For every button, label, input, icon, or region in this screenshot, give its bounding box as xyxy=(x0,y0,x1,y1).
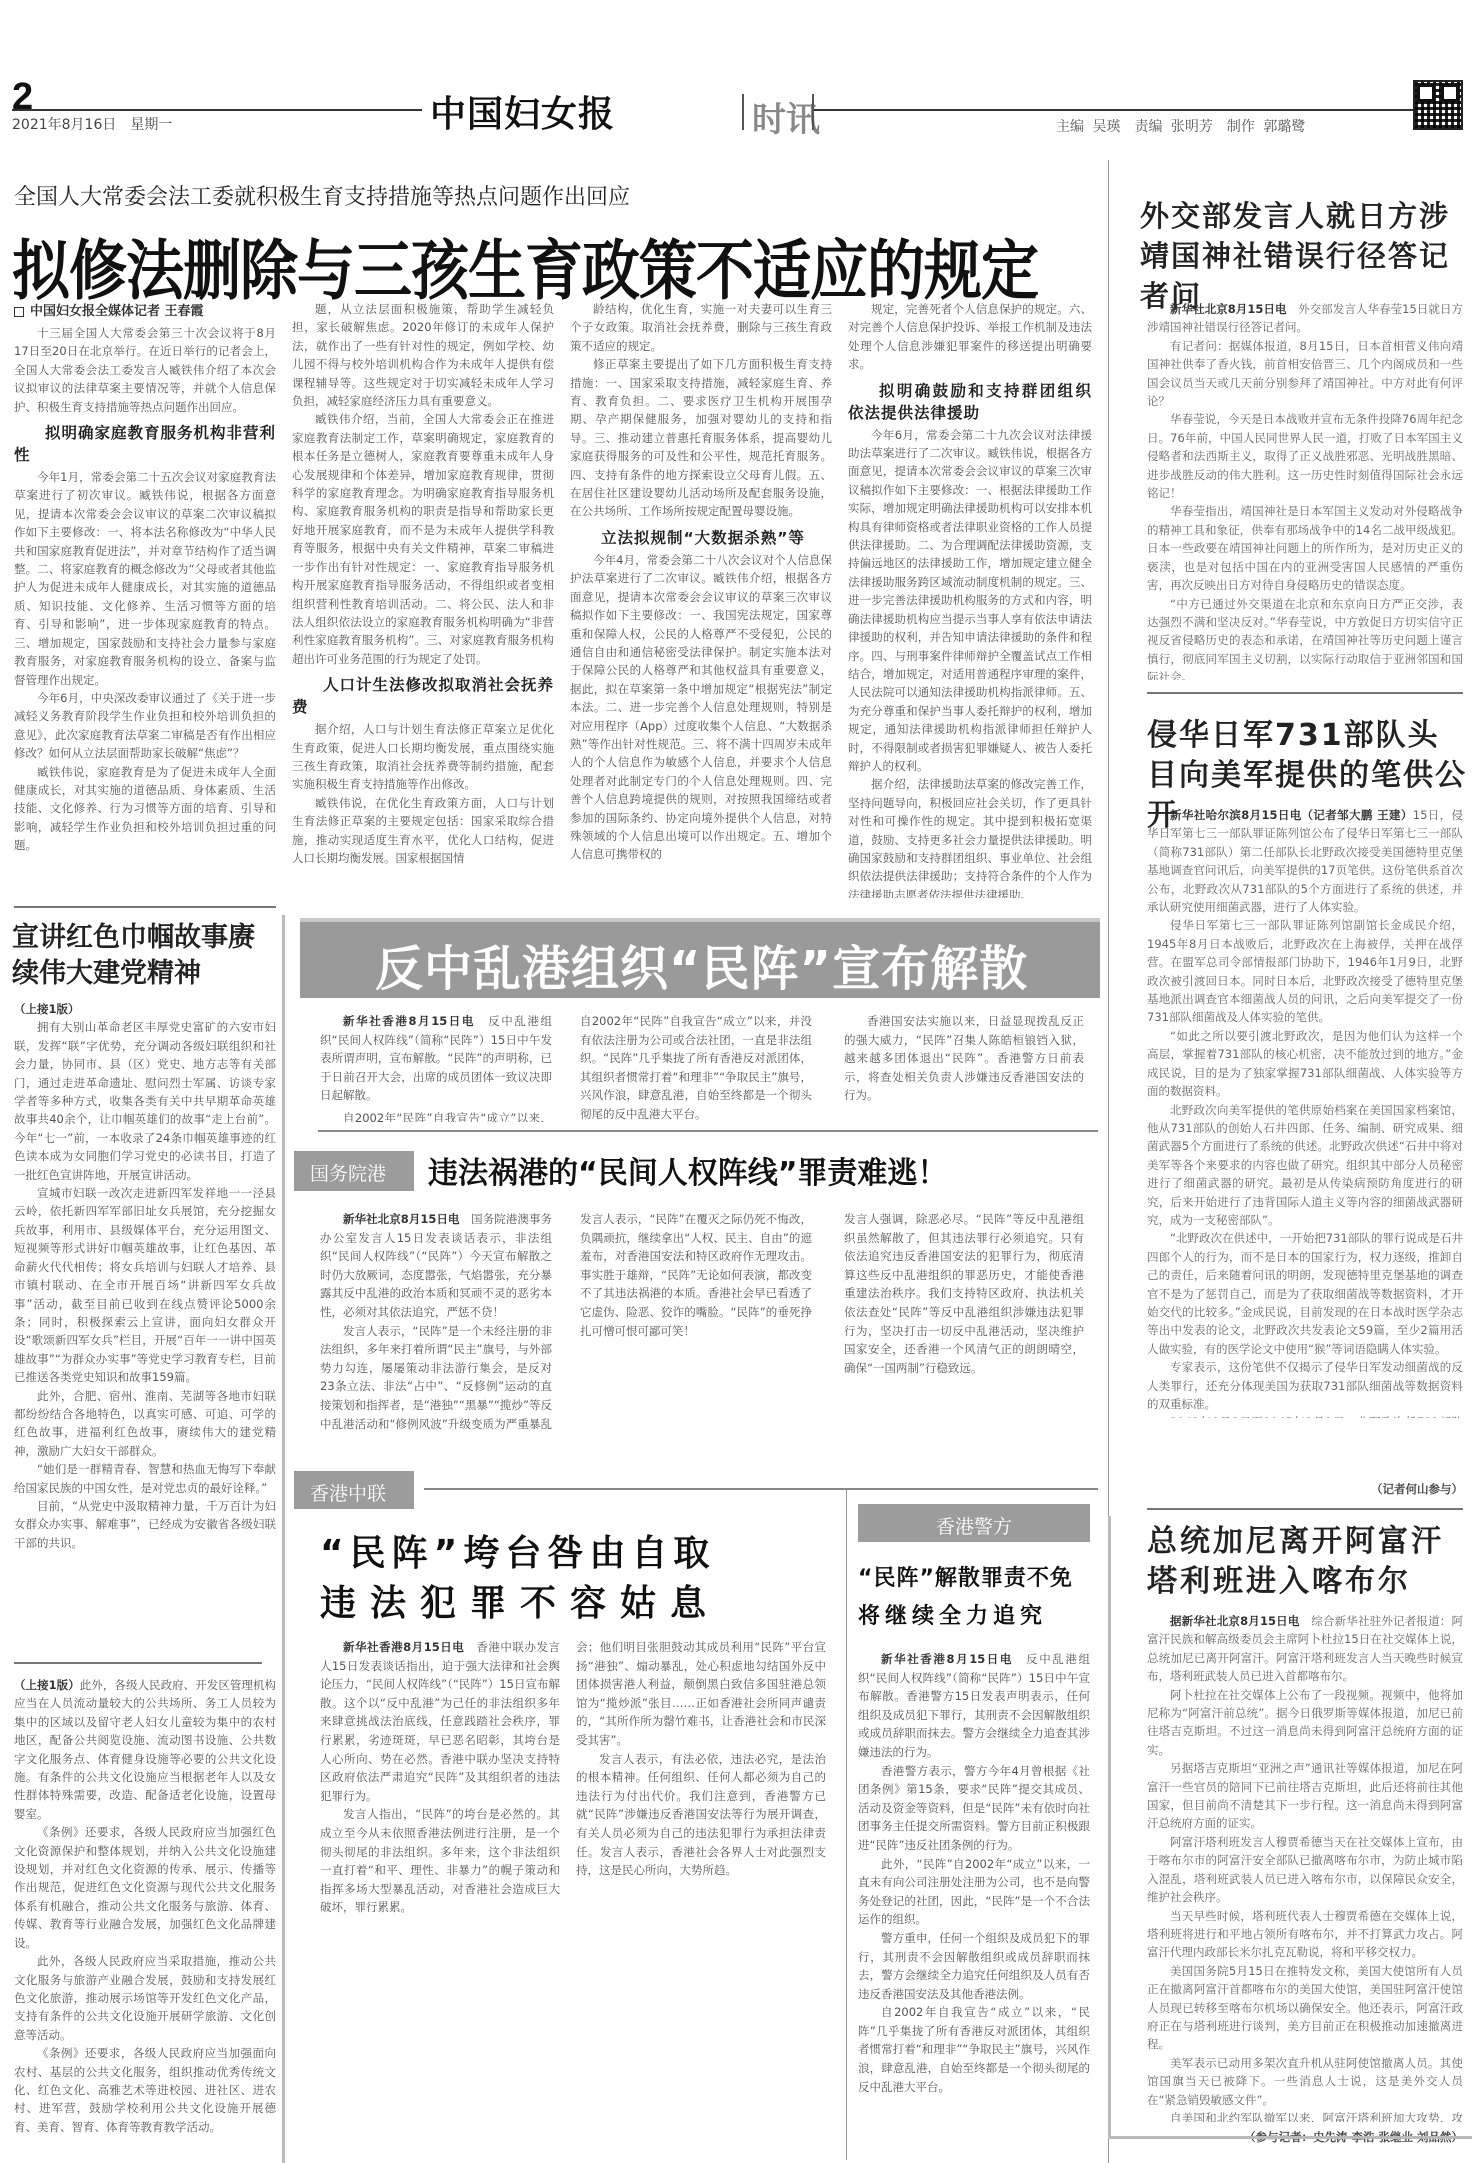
byline-text: 中国妇女报全媒体记者 王春霞 xyxy=(30,304,204,319)
continued-label: （上接1版） xyxy=(14,1000,276,1018)
hk-banner: 反中乱港组织“民阵”宣布解散 xyxy=(300,918,1100,998)
section-rule xyxy=(318,1130,1098,1132)
paragraph: “如此之所以要引渡北野政次，是因为他们认为这样一个高层，掌握着731部队的核心机… xyxy=(1147,1027,1463,1101)
issue-date: 2021年8月16日 星期一 xyxy=(12,114,172,134)
paragraph: 自2002年自我宣告“成立”以来，“民阵”几乎集拢了所有香港反对派团体，其组织者… xyxy=(858,2003,1090,2096)
paragraph: 国务院港澳事务办公室发言人15日发表谈话表示，非法组织“民间人权阵线”（“民阵”… xyxy=(320,1212,552,1319)
dateline: 新华社香港8月15日电 xyxy=(881,1652,1013,1666)
paragraph: 发言人强调，除恶必尽。“民阵”等反中乱港组织虽然解散了，但其违法罪行必须追究。只… xyxy=(844,1210,1084,1377)
police-article: 新华社香港8月15日电 反中乱港组织“民间人权阵线”（简称“民阵”）15日中午宣… xyxy=(858,1650,1090,2160)
page-number: 2 xyxy=(12,76,33,119)
signature: （记者何山参与） xyxy=(1147,1480,1463,1500)
paragraph: 会；他们明目张胆鼓动其成员利用“民阵”平台宣扬“港独”、煽动暴乱，处心积虑地勾结… xyxy=(576,1638,826,1750)
box-border xyxy=(1108,2136,1472,2139)
editor-credits: 主编 吴瑛 责编 张明芳 制作 郭璐鹭 xyxy=(1056,116,1305,136)
paragraph: 警方重申，任何一个组织及成员犯下的罪行，其刑责不会因解散组织或成员辞职而抹去，警… xyxy=(858,1929,1090,2003)
paragraph: 臧铁伟说，家庭教育是为了促进未成年人全面健康成长，对其实施的道德品质、身体素质、… xyxy=(14,763,276,855)
paragraph: 今年4月，常委会第二十八次会议对个人信息保护法草案进行了二次审议。臧铁伟介绍，根… xyxy=(570,551,832,864)
lo-headline-line-1: “民阵”垮台咎由自取 xyxy=(320,1530,840,1578)
paragraph: 宣城市妇联一改次走进新四军发祥地一一泾县云岭，依托新四军军部旧址女兵展馆，充分挖… xyxy=(14,1184,276,1386)
paragraph: 华春莹说，今天是日本战败并宣布无条件投降76周年纪念日。76年前，中国人民同世界… xyxy=(1147,410,1463,502)
paragraph: 此外，各级人民政府应当采取措施，推动公共文化服务与旅游产业融合发展，鼓励和支持发… xyxy=(14,1952,276,2044)
paragraph: 臧铁伟说，在优化生育政策方面，人口与计划生育法修正草案的主要规定包括：国家采取综… xyxy=(292,794,554,868)
paragraph: 发言人指出，“民阵”的垮台是必然的。其成立至今从未依照香港法例进行注册，是一个彻… xyxy=(320,1805,560,1917)
masthead-rule xyxy=(814,109,1416,111)
paragraph: 反中乱港组织“民间人权阵线”（简称“民阵”）15日中午宣布解散。香港警方15日发… xyxy=(858,1652,1090,1759)
hkmo-col-1: 新华社北京8月15日电 国务院港澳事务办公室发言人15日发表谈话表示，非法组织“… xyxy=(320,1210,552,1432)
paragraph: 北野政次向美军提供的笔供原始档案在美国国家档案馆，他从731部队的创始人石井四郎… xyxy=(1147,1101,1463,1230)
hk-intro-col-1: 新华社香港8月15日电 反中乱港组织“民间人权阵线”（简称“民阵”）15日中午发… xyxy=(320,1012,552,1122)
paragraph: 臧铁伟介绍，当前，全国人大常委会正在推进家庭教育法制定工作，草案明确规定，家庭教… xyxy=(292,410,554,668)
left-bottom-article-2: （上接1版）此外，各级人民政府、开发区管理机构应当在人员流动量较大的公共场所、务… xyxy=(14,1676,276,2156)
subheading: 拟明确鼓励和支持群团组织依法提供法律援助 xyxy=(848,380,1092,424)
box-border xyxy=(1108,1516,1111,2136)
lo-headline-line-2: 违法犯罪不容姑息 xyxy=(320,1580,840,1628)
paragraph: 发言人表示，“民阵”在覆灭之际仍死不悔改，负隅顽抗，继续拿出“人权、民主、自由”… xyxy=(580,1210,812,1340)
lead-byline: 中国妇女报全媒体记者 王春霞 xyxy=(14,300,204,319)
lead-column-1: 十三届全国人大常委会第三十次会议将于8月17日至20日在北京举行。在近日举行的记… xyxy=(14,324,276,898)
paragraph: 香港中联办发言人15日发表谈话指出，迫于强大法律和社会舆论压力，“民间人权阵线”… xyxy=(320,1640,560,1803)
article-divider xyxy=(1147,692,1463,694)
left-bottom-article: （上接1版） 拥有大别山革命老区丰厚党史富矿的六安市妇联，发挥“联”字优势，充分… xyxy=(14,1000,276,1650)
paragraph: 自2002年“民阵”自我宣告“成立”以来，并没有依法注册为公司或合法社团，一直是… xyxy=(320,1109,552,1122)
dateline: 新华社香港8月15日电 xyxy=(343,1014,475,1028)
paragraph: 此外，合肥、宿州、淮南、芜湖等各地市妇联都纷纷结合各地特色，以真实可感、可追、可… xyxy=(14,1387,276,1461)
dateline: 新华社北京8月15日电 xyxy=(1170,302,1287,316)
paragraph: 美军表示已动用多架次直升机从驻阿使馆撤离人员。其使馆国旗当天已被降下。一些消息人… xyxy=(1147,2054,1463,2109)
right-top-headline: 外交部发言人就日方涉靖国神社错误行径答记者问 xyxy=(1140,196,1462,316)
paragraph: 《条例》还要求，各级人民政府应当加强面向农村、基层的公共文化服务，组织推动优秀传… xyxy=(14,2044,276,2136)
paragraph: 专家表示，这份笔供不仅揭示了侵华日军发动细菌战的反人类罪行，还充分体现美国为获取… xyxy=(1147,1358,1463,1413)
paragraph: 自美国和北约军队撤军以来，阿富汗塔利班加大攻势，攻占多个省市。按照塔利班方面的说… xyxy=(1147,2109,1463,2122)
masthead-rule xyxy=(12,109,422,111)
dateline: 据新华社北京8月15日电 xyxy=(1170,1614,1300,1628)
paragraph: 拥有大别山革命老区丰厚党史富矿的六安市妇联，发挥“联”字优势，充分调动各级妇联组… xyxy=(14,1018,276,1184)
section-divider xyxy=(812,94,814,130)
paragraph: 据介绍，法律援助法草案的修改完善工作，坚持问题导向，积极回应社会关切，作了更具针… xyxy=(848,775,1092,898)
paragraph: 目前，“从党史中汲取精神力量，千万百计为妇女群众办实事、解难事”，已经成为安徽省… xyxy=(14,1497,276,1552)
hk-intro-col-3: 香港国安法实施以来，日益显现拨乱反正的强大威力，“民阵”召集人陈皓桓锒铛入狱，越… xyxy=(844,1012,1084,1122)
right-mid-article: 新华社哈尔滨8月15日电（记者邹大鹏 王建）15日，侵华日军第七三一部队罪证陈列… xyxy=(1147,806,1463,1418)
hkmo-col-2: 发言人表示，“民阵”在覆灭之际仍死不悔改，负隅顽抗，继续拿出“人权、民主、自由”… xyxy=(580,1210,812,1432)
qr-code-icon[interactable] xyxy=(1413,80,1463,130)
section-divider xyxy=(742,94,744,130)
paragraph: 据介绍，人口与计划生育法修正草案立足优化生育政策，促进人口长期均衡发展，重点围绕… xyxy=(292,720,554,794)
tag-liaison-office: 香港中联办 xyxy=(294,1471,414,1509)
paragraph: 此外，各级人民政府、开发区管理机构应当在人员流动量较大的公共场所、务工人员较为集… xyxy=(14,1678,276,1821)
paragraph: 另据塔吉克斯坦“亚洲之声”通讯社等媒体报道，加尼在阿富汗一些官员的陪同下已前往塔… xyxy=(1147,1759,1463,1833)
article-divider xyxy=(1147,1508,1463,1510)
paragraph: 阿卜杜拉在社交媒体上公布了一段视频。视频中，他将加尼称为“阿富汗前总统”。据今日… xyxy=(1147,1686,1463,1760)
paragraph: 发言人表示，“民阵”是一个未经注册的非法组织，多年来打着所谓“民主”旗号，与外部… xyxy=(320,1322,552,1432)
article-divider xyxy=(14,906,276,908)
hkmo-headline: 违法祸港的“民间人权阵线”罪责难逃！ xyxy=(428,1148,947,1192)
paragraph: 今年1月，常委会第二十五次会议对家庭教育法草案进行了初次审议。臧铁伟说，根据各方… xyxy=(14,468,276,689)
police-headline-line-2: 将继续全力追究 xyxy=(858,1600,1090,1634)
paragraph: 阿富汗塔利班发言人穆贾希德当天在社交媒体上宣布，由于喀布尔市的阿富汗安全部队已撤… xyxy=(1147,1833,1463,1907)
continued-label: （上接1版） xyxy=(14,1678,80,1692)
dateline: 新华社哈尔滨8月15日电（记者邹大鹏 王建） xyxy=(1170,808,1413,822)
paragraph: 龄结构，优化生育，实施一对夫妻可以生育三个子女政策。取消社会抚养费，删除与三孩生… xyxy=(570,300,832,355)
dateline: 新华社香港8月15日电 xyxy=(343,1640,464,1654)
section-title: 时讯 xyxy=(752,92,820,141)
newspaper-logo: 中国妇女报 xyxy=(430,86,615,137)
paragraph: 侵华日军第七三一部队罪证陈列馆副馆长金成民介绍，1945年8月日本战败后，北野政… xyxy=(1147,916,1463,1026)
right-bottom-headline: 总统加尼离开阿富汗塔利班进入喀布尔 xyxy=(1147,1522,1467,1602)
paragraph: “北野政次在供述中，一开始把731部队的罪行说成是石井四郎个人的行为，而不是日本… xyxy=(1147,1229,1463,1358)
hk-banner-title: 反中乱港组织“民阵”宣布解散 xyxy=(375,930,1028,999)
paragraph: 华春莹指出，靖国神社是日本军国主义发动对外侵略战争的精神工具和象征，供奉有那场战… xyxy=(1147,502,1463,594)
subheading: 人口计生法修改拟取消社会抚养费 xyxy=(292,674,554,718)
lead-kicker: 全国人大常委会法工委就积极生育支持措施等热点问题作出回应 xyxy=(14,180,630,211)
hkmo-col-3: 发言人强调，除恶必尽。“民阵”等反中乱港组织虽然解散了，但其违法罪行必须追究。只… xyxy=(844,1210,1084,1432)
subheading: 拟明确家庭教育服务机构非营利性 xyxy=(14,422,276,466)
paragraph: 美国国务院5月15日在推特发文称，美国大使馆所有人员正在撤离阿富汗首都喀布尔的美… xyxy=(1147,1962,1463,2054)
paragraph: 此外，“民阵”自2002年“成立”以来，一直未有向公司注册处注册为公司，也不是向… xyxy=(858,1855,1090,1929)
paragraph: 题，从立法层面积极施策，帮助学生减轻负担，家长破解焦虑。2020年修订的未成年人… xyxy=(292,300,554,410)
paragraph: 自2002年“民阵”自我宣告“成立”以来，并没有依法注册为公司或合法社团，一直是… xyxy=(580,1012,812,1122)
paragraph: 15日，侵华日军第七三一部队罪证陈列馆公布了侵华日军第七三一部队（简称731部队… xyxy=(1147,808,1463,914)
lead-headline: 拟修法删除与三孩生育政策不适应的规定 xyxy=(12,218,1038,312)
article-divider xyxy=(14,1662,262,1664)
paragraph: 发言人表示，有法必依，违法必究，是法治的根本精神。任何组织、任何人都必须为自己的… xyxy=(576,1750,826,1880)
paragraph: 香港国安法实施以来，日益显现拨乱反正的强大威力，“民阵”召集人陈皓桓锒铛入狱，越… xyxy=(844,1012,1084,1105)
right-top-article: 新华社北京8月15日电 外交部发言人华春莹15日就日方涉靖国神社错误行径答记者问… xyxy=(1147,300,1463,680)
subheading: 立法拟规制“大数据杀熟”等 xyxy=(570,527,832,549)
paragraph: 香港警方表示，警方今年4月曾根据《社团条例》第15条，要求“民阵”提交其成员、活… xyxy=(858,1762,1090,1855)
police-headline-line-1: “民阵”解散罪责不免 xyxy=(858,1562,1090,1596)
dateline: 新华社北京8月15日电 xyxy=(343,1212,460,1226)
paragraph: “中方已通过外交渠道在北京和东京向日方严正交涉，表达强烈不满和坚决反对。”华春莹… xyxy=(1147,595,1463,681)
paragraph: 《条例》还要求，各级人民政府应当加强红色文化资源保护和整体规划，并纳入公共文化设… xyxy=(14,1823,276,1952)
paragraph: 今年6月，常委会第二十九次会议对法律援助法草案进行了二次审议。臧铁伟说，根据各方… xyxy=(848,426,1092,776)
paragraph: 有记者问：据媒体报道，8月15日，日本首相菅义伟向靖国神社供奉了香火钱，前首相安… xyxy=(1147,337,1463,411)
lead-column-2: 题，从立法层面积极施策，帮助学生减轻负担，家长破解焦虑。2020年修订的未成年人… xyxy=(292,300,554,898)
section-rule xyxy=(424,1488,1098,1490)
right-bottom-article: 据新华社北京8月15日电 综合新华社驻外记者报道：阿富汗民族和解高级委员会主席阿… xyxy=(1147,1612,1463,2122)
paragraph: “她们是一群精青春、智慧和热血无悔写下奉献给国家民族的中国女性，是对党忠贞的最好… xyxy=(14,1460,276,1497)
lead-column-3: 龄结构，优化生育，实施一对夫妻可以生育三个子女政策。取消社会抚养费，删除与三孩生… xyxy=(570,300,832,898)
paragraph: 规定，完善死者个人信息保护的规定。六、对完善个人信息保护投诉、举报工作机制及违法… xyxy=(848,300,1092,374)
lo-col-2: 会；他们明目张胆鼓动其成员利用“民阵”平台宣扬“港独”、煽动暴乱，处心积虑地勾结… xyxy=(576,1638,826,2158)
paragraph: 1942年8月3日至1945年3月1日，北野政次任731部队第二任部队长，这正是… xyxy=(1147,1413,1463,1418)
square-bullet-icon xyxy=(14,307,24,317)
lead-column-4: 规定，完善死者个人信息保护的规定。六、对完善个人信息保护投诉、举报工作机制及违法… xyxy=(848,300,1092,898)
paragraph: 今年6月，中央深改委审议通过了《关于进一步减轻义务教育阶段学生作业负担和校外培训… xyxy=(14,689,276,763)
tag-hk-police: 香港警方 xyxy=(858,1504,1090,1542)
left-bottom-headline: 宣讲红色巾帼故事赓续伟大建党精神 xyxy=(12,920,278,992)
paragraph: 十三届全国人大常委会第三十次会议将于8月17日至20日在北京举行。在近日举行的记… xyxy=(14,324,276,416)
paragraph: 当天早些时候，塔利班代表人士穆贾希德在交媒体上说，塔利班将进行和平地占领所有喀布… xyxy=(1147,1907,1463,1962)
column-divider xyxy=(846,1490,847,2160)
tag-hkmo-office: 国务院港澳办 xyxy=(294,1151,414,1191)
paragraph: 修正草案主要提出了如下几方面积极生育支持措施：一、国家采取支持措施，减轻家庭生育… xyxy=(570,355,832,521)
lo-col-1: 新华社香港8月15日电 香港中联办发言人15日发表谈话指出，迫于强大法律和社会舆… xyxy=(320,1638,560,2158)
hk-intro-col-2: 自2002年“民阵”自我宣告“成立”以来，并没有依法注册为公司或合法社团，一直是… xyxy=(580,1012,812,1122)
